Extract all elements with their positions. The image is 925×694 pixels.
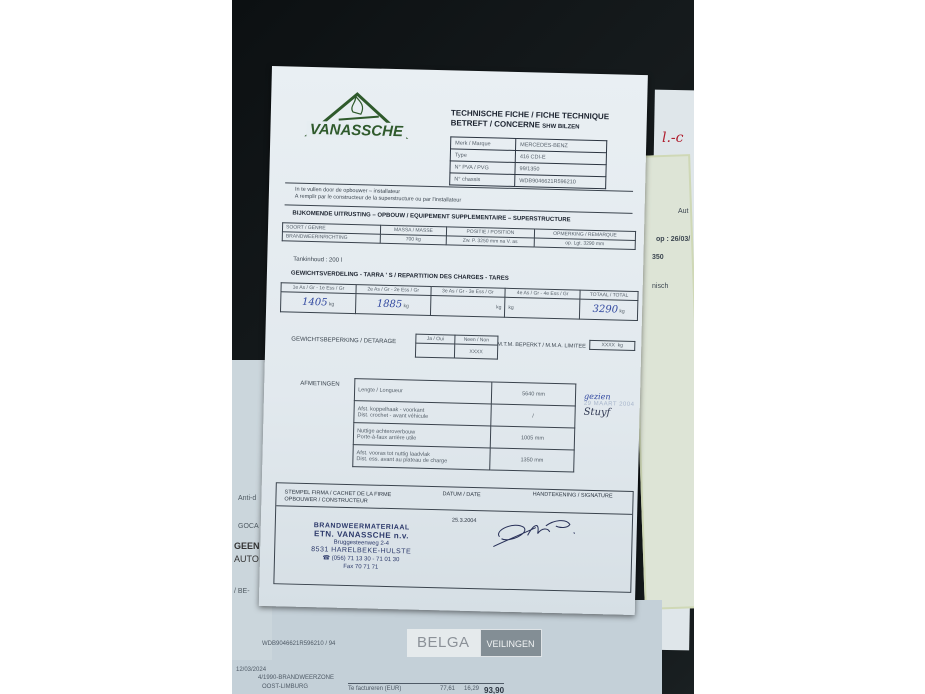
table-row: Afst. vooras tot nuttig laadvlak Dist. e… [353,445,574,472]
technical-sheet: VANASSCHE TECHNISCHE FICHE / FICHE TECHN… [259,66,648,615]
watermark-belga: BELGA [407,629,480,657]
axle2-weight: 1885 [377,299,403,311]
axle1-weight: 1405 [302,297,328,309]
left-label-be: / BE- [234,588,250,595]
fill-note: In te vullen door de opbouwer – installa… [295,187,462,205]
divider [276,505,632,515]
belga-watermark: BELGA VEILINGEN [407,629,542,657]
approval-signature: Stuyf [583,407,634,419]
tank-capacity: Tankinhoud : 200 l [293,257,342,264]
restriction-table: Ja / OuiNeen / Non XXXX [415,334,499,360]
equipment-title: BIJKOMENDE UITRUSTING – OPBOUW / EQUIPEM… [292,211,570,224]
dimensions-table: Lengte / Longueur5640 mm Afst. koppelhaa… [352,378,576,472]
invoice-chassis: WDB9046621R596210 / 94 [262,641,335,647]
title-block: TECHNISCHE FICHE / FICHE TECHNIQUE BETRE… [451,108,610,133]
right-label-aut: Aut [678,208,689,215]
restriction-label: GEWICHTSBEPERKING / DETARAGE [291,337,396,346]
left-label-goca: GOCA [238,523,259,530]
document-photo: Aut op : 26/03/ 350 nisch l.-c Anti-d GO… [232,0,694,694]
watermark-veilingen: VEILINGEN [480,629,542,657]
total-weight: 3290 [592,304,618,316]
identification-table: Merk / MarqueMERCEDES-BENZ Type416 CDI-E… [449,136,607,189]
right-label-nisch: nisch [652,283,668,290]
invoice-date: 12/03/2024 [236,667,266,673]
concerns-value: SHW BILZEN [542,124,579,131]
right-handwriting: l.-c [662,130,684,146]
company-stamp: BRANDWEERMATERIAAL ETN. VANASSCHE n.v. B… [311,522,412,572]
left-label-geen: GEEN [234,541,260,551]
weights-table: 1e As / Gr - 1e Ess / Gr 2e As / Gr - 2e… [280,282,639,321]
invoice-ref: 4/1990-BRANDWEERZONE [258,675,334,681]
signature [489,512,580,554]
invoice-total-row: Te factureren (EUR) 77,61 16,29 93,90 [348,683,504,692]
vanassche-logo: VANASSCHE [300,89,413,148]
invoice-ref2: OOST-LIMBURG [262,684,308,690]
table-row: XXXX [415,343,497,359]
right-label-350: 350 [652,254,664,261]
mtm-label: M.T.M. BEPERKT / M.M.A. LIMITEE [497,342,586,350]
stamp-section: STEMPEL FIRMA / CACHET DE LA FIRME OPBOU… [273,482,633,593]
stamp-date: 25.3.2004 [452,518,477,525]
right-label-date: op : 26/03/ [656,236,690,243]
dimensions-label: AFMETINGEN [300,381,339,388]
weights-title: GEWICHTSVERDELING - TARRA ' S / REPARTIT… [291,271,509,282]
approval-annotation: gezien 29 MAART 2004 Stuyf [583,392,634,419]
svg-text:VANASSCHE: VANASSCHE [310,121,404,140]
left-label-anti: Anti-d [238,495,256,502]
left-label-auto: AUTO [234,554,259,564]
equipment-table: SOORT / GENRE MASSA / MASSE POSITIE / PO… [282,222,636,250]
mtm-table: XXXX kg [589,340,635,351]
table-row: XXXX kg [590,340,635,350]
